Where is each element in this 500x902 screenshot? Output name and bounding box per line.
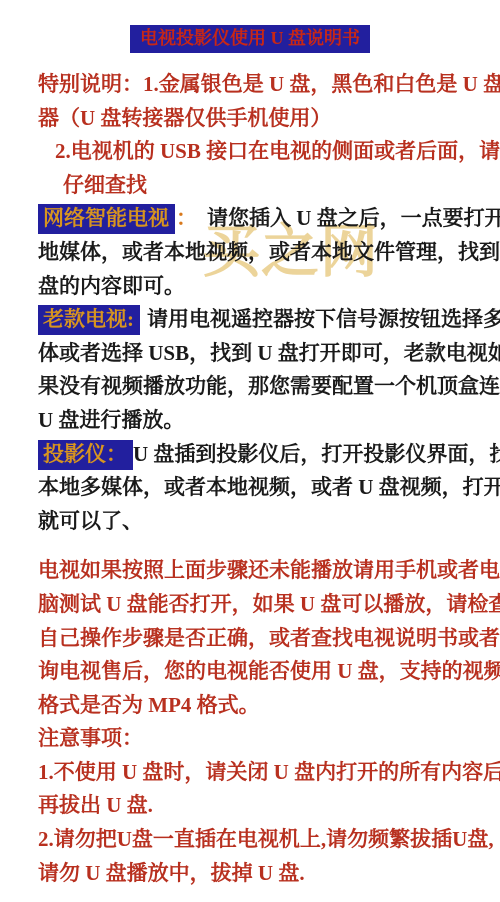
document-body: 特别说明：1.金属银色是 U 盘，黑色和白色是 U 盘转 器（U 盘转接器仅供手… (38, 68, 468, 890)
notes-heading: 注意事项： (38, 722, 468, 756)
smart-tv-text: 请您插入 U 盘之后，一点要打开本 (207, 206, 500, 230)
projector-line-2: 本地多媒体，或者本地视频，或者 U 盘视频，打开 (38, 471, 468, 505)
troubleshoot-line-2: 脑测试 U 盘能否打开，如果 U 盘可以播放，请检查 (38, 588, 468, 622)
notes-line-3: 2.请勿把U盘一直插在电视机上,请勿频繁拔插U盘, (38, 823, 468, 857)
smart-tv-line-3: 盘的内容即可。 (38, 270, 468, 304)
old-tv-text: 请用电视遥控器按下信号源按钮选择多媒 (147, 307, 500, 331)
old-tv-line-2: 体或者选择 USB，找到 U 盘打开即可，老款电视如 (38, 337, 468, 371)
special-note-line-1: 特别说明：1.金属银色是 U 盘，黑色和白色是 U 盘转 (38, 68, 468, 102)
projector-line-1: 投影仪：U 盘插到投影仪后，打开投影仪界面，找到 (38, 438, 468, 472)
usb-instruction-document: 买之网 电视投影仪使用 U 盘说明书 特别说明：1.金属银色是 U 盘，黑色和白… (0, 0, 500, 902)
notes-line-4: 请勿 U 盘播放中，拔掉 U 盘. (38, 857, 468, 891)
old-tv-label: 老款电视: (38, 305, 140, 335)
troubleshoot-line-1: 电视如果按照上面步骤还未能播放请用手机或者电 (38, 554, 468, 588)
paragraph-gap (38, 538, 468, 554)
title-row: 电视投影仪使用 U 盘说明书 (0, 25, 500, 53)
old-tv-line-3: 果没有视频播放功能，那您需要配置一个机顶盒连接 (38, 370, 468, 404)
troubleshoot-line-4: 询电视售后，您的电视能否使用 U 盘，支持的视频 (38, 655, 468, 689)
document-title: 电视投影仪使用 U 盘说明书 (130, 25, 370, 53)
notes-line-2: 再拔出 U 盘. (38, 789, 468, 823)
special-note-line-3: 2.电视机的 USB 接口在电视的侧面或者后面，请 (38, 135, 468, 169)
smart-tv-line-2: 地媒体，或者本地视频，或者本地文件管理，找到 U (38, 236, 468, 270)
projector-label: 投影仪： (38, 440, 133, 470)
notes-line-1: 1.不使用 U 盘时，请关闭 U 盘内打开的所有内容后， (38, 756, 468, 790)
smart-tv-line-1: 网络智能电视：请您插入 U 盘之后，一点要打开本 (38, 202, 468, 236)
old-tv-line-4: U 盘进行播放。 (38, 404, 468, 438)
smart-tv-label: 网络智能电视 (38, 204, 175, 234)
special-note-line-4: 仔细查找 (38, 169, 468, 203)
old-tv-line-1: 老款电视:请用电视遥控器按下信号源按钮选择多媒 (38, 303, 468, 337)
projector-text: U 盘插到投影仪后，打开投影仪界面，找到 (133, 442, 500, 466)
special-note-line-2: 器（U 盘转接器仅供手机使用） (38, 102, 468, 136)
smart-tv-colon: ： (176, 206, 197, 230)
projector-line-3: 就可以了、 (38, 505, 468, 539)
troubleshoot-line-5: 格式是否为 MP4 格式。 (38, 689, 468, 723)
troubleshoot-line-3: 自己操作步骤是否正确，或者查找电视说明书或者咨 (38, 622, 468, 656)
